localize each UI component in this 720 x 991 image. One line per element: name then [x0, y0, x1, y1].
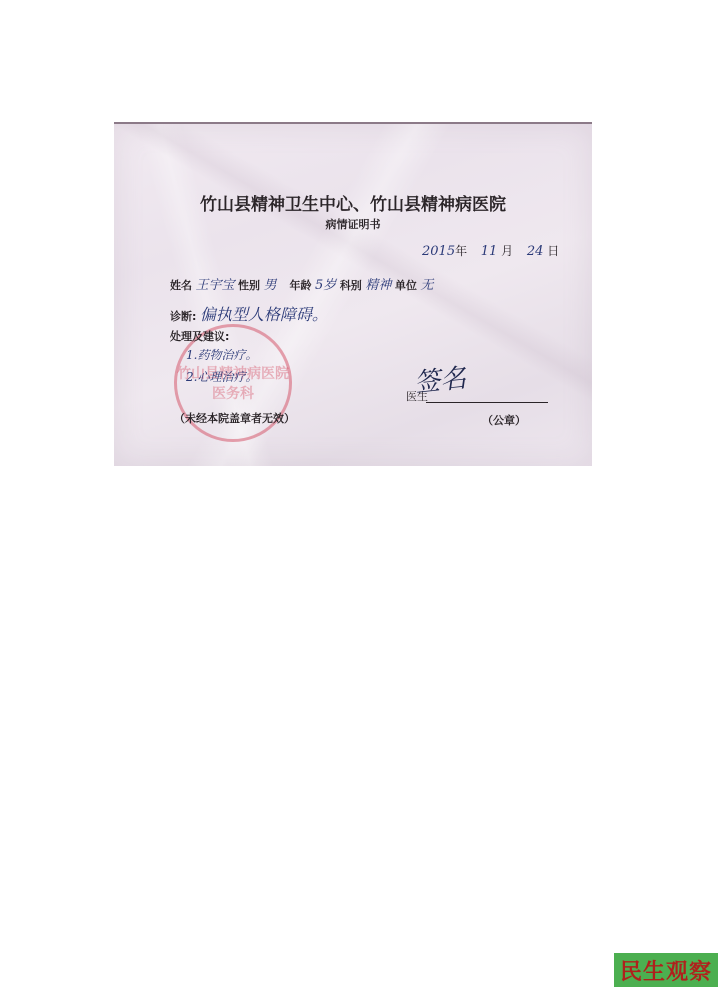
age-value: 5岁 [315, 278, 336, 293]
seal-label: （公章） [482, 412, 526, 428]
name-value: 王宇宝 [196, 278, 235, 293]
hospital-name: 竹山县精神卫生中心、竹山县精神病医院 [114, 190, 592, 215]
treatment-item-1: 1.药物治疗。 [186, 346, 257, 363]
dept-value: 精神 [365, 278, 391, 293]
date-day-label: 日 [547, 244, 559, 258]
date-day: 24 [527, 244, 544, 259]
treatment-row: 处理及建议: [170, 328, 229, 344]
doctor-signature-line [426, 402, 548, 403]
doctor-signature: 签名 [412, 357, 468, 399]
issue-date: 2015年 11 月 24 日 [422, 242, 559, 259]
date-year-label: 年 [455, 244, 467, 258]
medical-certificate: 竹山县精神卫生中心、竹山县精神病医院 病情证明书 2015年 11 月 24 日… [114, 122, 592, 466]
patient-info-row: 姓名 王宇宝 性别 男 年龄 5岁 科别 精神 单位 无 [170, 274, 433, 293]
sex-label: 性别 [238, 279, 260, 292]
sex-value: 男 [264, 278, 277, 293]
date-month-label: 月 [501, 244, 513, 258]
treatment-item-2: 2.心理治疗。 [186, 368, 257, 385]
watermark-logo: 民生观察 [614, 953, 718, 987]
unit-value: 无 [420, 278, 433, 293]
date-month: 11 [481, 244, 498, 259]
dept-label: 科别 [340, 279, 362, 292]
diagnosis-value: 偏执型人格障碍。 [200, 305, 328, 324]
name-label: 姓名 [170, 279, 192, 292]
date-year: 2015 [422, 244, 455, 259]
unit-label: 单位 [395, 279, 417, 292]
treatment-label: 处理及建议: [170, 330, 229, 343]
form-title: 病情证明书 [114, 216, 592, 232]
diagnosis-label: 诊断: [170, 310, 196, 323]
diagnosis-row: 诊断: 偏执型人格障碍。 [170, 302, 328, 325]
age-label: 年龄 [290, 279, 312, 292]
validity-note: （未经本院盖章者无效） [174, 410, 295, 426]
